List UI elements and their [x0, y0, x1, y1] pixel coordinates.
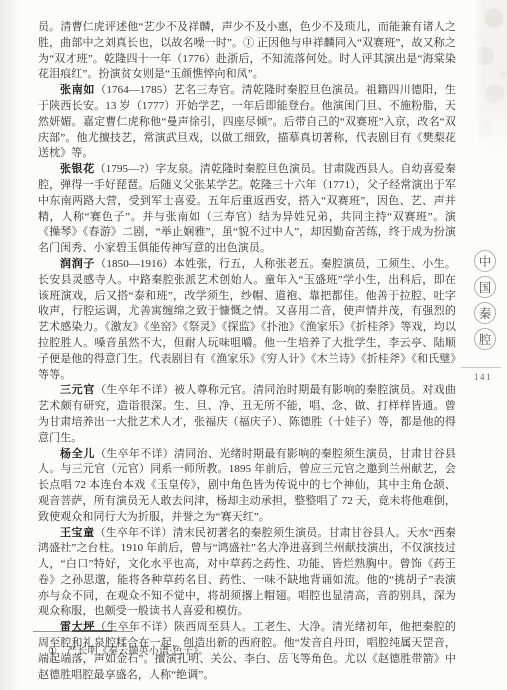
body-text-column: 员。清曹仁虎评述他“艺少不及祥麟，声少不及小惠，色少不及琐儿，而能兼有诸人之胜，…: [38, 20, 456, 683]
bio-paragraph: 润润子（1850—1916）本姓张，行五，人称张老五。秦腔演员，工须生、小生。长…: [38, 257, 456, 383]
page-number: 141: [474, 372, 492, 382]
stamp-char: 秦: [474, 302, 496, 324]
bio-paragraph: 张银花（1795—?）字友泉。清乾隆时秦腔旦色演员。甘肃陇西县人。自幼喜爱秦腔，…: [38, 162, 456, 257]
stamp-char: 中: [474, 250, 496, 272]
bio-name: 王宝童: [60, 527, 95, 539]
footnote-divider-dark-segment: [72, 630, 112, 632]
paragraph-text: （生卒年不详）被人尊称元官。清同治时期最有影响的秦腔演员。对戏曲艺术颇有研究，造…: [38, 384, 456, 443]
paragraph-text: 员。清曹仁虎评述他“艺少不及祥麟，声少不及小惠，色少不及琐儿，而能兼有诸人之胜，…: [38, 21, 456, 80]
paragraph-text: （生卒年不详）清末民初著名的秦腔须生演员。甘肃甘谷县人。天水“西秦鸿盛社”之台柱…: [38, 527, 456, 618]
book-page: 员。清曹仁虎评述他“艺少不及祥麟，声少不及小惠，色少不及琐儿，而能兼有诸人之胜，…: [0, 0, 507, 690]
paragraph-continuation: 员。清曹仁虎评述他“艺少不及祥麟，声少不及小惠，色少不及琐儿，而能兼有诸人之胜，…: [38, 20, 456, 83]
bio-paragraph: 王宝童（生卒年不详）清末民初著名的秦腔须生演员。甘肃甘谷县人。天水“西秦鸿盛社”…: [38, 526, 456, 621]
paragraph-text: （1850—1916）本姓张，行五，人称张老五。秦腔演员，工须生、小生。长安县灵…: [38, 258, 456, 381]
floral-border-pattern: [474, 0, 507, 158]
paragraph-text: （1764—1785）艺名三寿官。清乾隆时秦腔旦色演员。祖籍四川德阳，生于陕西长…: [38, 84, 456, 159]
bio-name: 张南如: [60, 84, 95, 96]
page-number-rule: [461, 367, 501, 368]
bio-name: 润润子: [60, 258, 95, 270]
bio-paragraph: 三元官（生卒年不详）被人尊称元官。清同治时期最有影响的秦腔演员。对戏曲艺术颇有研…: [38, 383, 456, 446]
bio-paragraph: 张南如（1764—1785）艺名三寿官。清乾隆时秦腔旦色演员。祖籍四川德阳，生于…: [38, 83, 456, 162]
footnote: ①严长明《秦云撷英小谱·色子》。: [48, 642, 408, 657]
stamp-char: 腔: [474, 328, 496, 350]
bio-name: 杨全儿: [60, 448, 95, 460]
bio-name: 三元官: [60, 384, 95, 396]
footnote-text: 严长明《秦云撷英小谱·色子》。: [67, 646, 208, 657]
bio-name: 张银花: [60, 163, 95, 175]
bio-paragraph: 杨全儿（生卒年不详）清同治、光绪时期最有影响的秦腔须生演员，甘肃甘谷县人。与三元…: [38, 447, 456, 526]
page-left-edge-shading: [0, 0, 24, 690]
stamp-char: 国: [474, 276, 496, 298]
side-title-stamp: 中 国 秦 腔: [474, 250, 496, 350]
paragraph-text: （1795—?）字友泉。清乾隆时秦腔旦色演员。甘肃陇西县人。自幼喜爱秦腔，弹得一…: [38, 163, 456, 254]
footnote-marker: ①: [48, 646, 57, 657]
paragraph-text: （生卒年不详）清同治、光绪时期最有影响的秦腔须生演员，甘肃甘谷县人。与三元官（元…: [38, 448, 456, 523]
